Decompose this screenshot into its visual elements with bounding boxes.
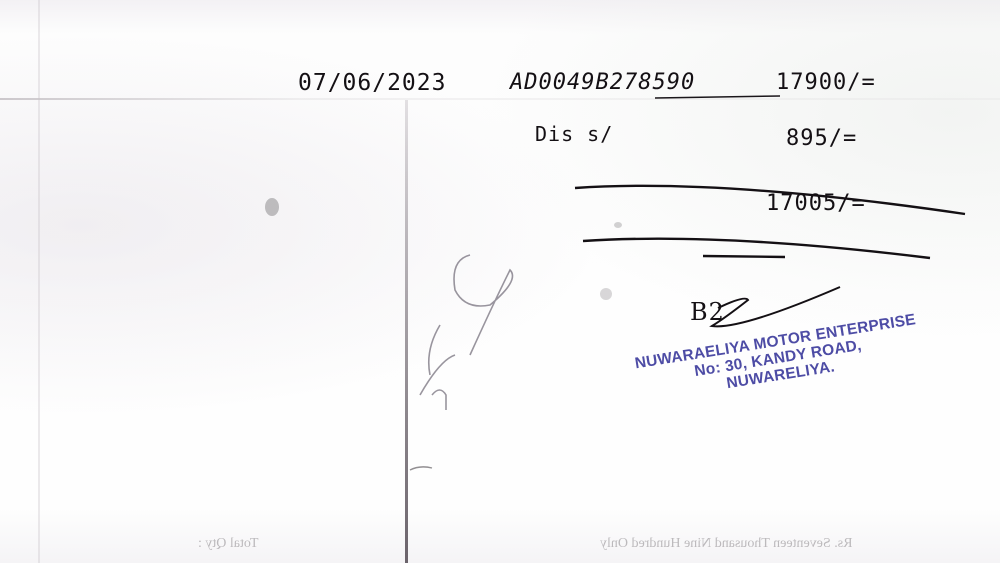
- bleed-through-amount-words: Rs. Seventeen Thousand Nine Hundred Only: [600, 536, 852, 552]
- bleed-through-total-qty: Total Qty :: [198, 536, 258, 552]
- ink-smudge: [265, 198, 279, 216]
- pen-strokes: [0, 0, 1000, 563]
- ink-smudge: [600, 288, 612, 300]
- ink-smudge: [614, 222, 622, 228]
